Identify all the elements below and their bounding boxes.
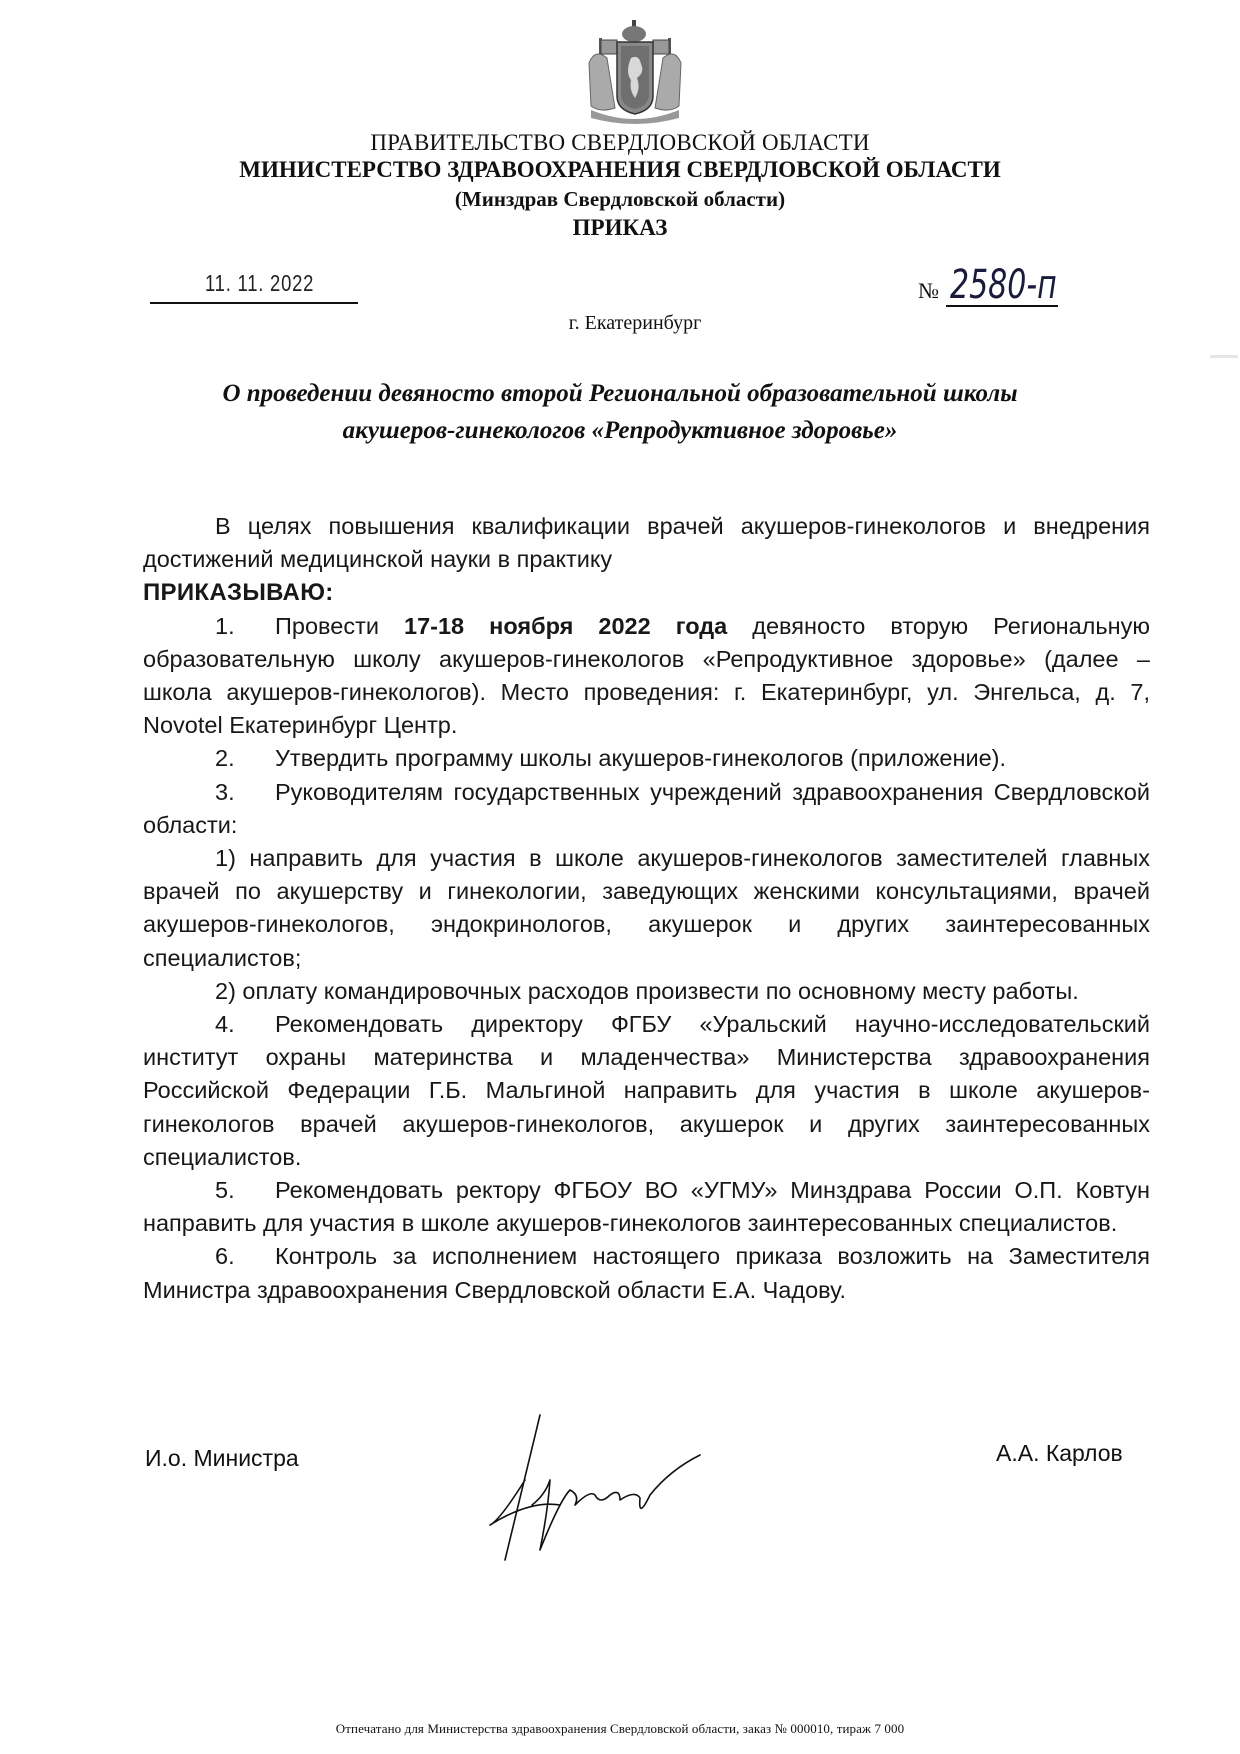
signatory-role: И.о. Министра bbox=[145, 1445, 299, 1472]
print-footer: Отпечатано для Министерства здравоохране… bbox=[0, 1721, 1240, 1737]
government-heading: ПРАВИТЕЛЬСТВО СВЕРДЛОВСКОЙ ОБЛАСТИ bbox=[0, 130, 1240, 156]
item-number: 4. bbox=[215, 1008, 275, 1041]
signatory-name: А.А. Карлов bbox=[996, 1440, 1123, 1467]
coat-of-arms-icon bbox=[585, 18, 685, 126]
scan-artifact bbox=[1210, 355, 1238, 358]
item-number: 1. bbox=[215, 610, 275, 643]
item-2: 2.Утвердить программу школы акушеров-гин… bbox=[143, 742, 1150, 775]
item-5: 5.Рекомендовать ректору ФГБОУ ВО «УГМУ» … bbox=[143, 1174, 1150, 1240]
item-6: 6.Контроль за исполнением настоящего при… bbox=[143, 1240, 1150, 1306]
date-underline bbox=[150, 302, 358, 304]
item-number: 5. bbox=[215, 1174, 275, 1207]
ministry-heading: МИНИСТЕРСТВО ЗДРАВООХРАНЕНИЯ СВЕРДЛОВСКО… bbox=[0, 157, 1240, 183]
document-type: ПРИКАЗ bbox=[0, 215, 1240, 241]
item-3-sub-2: 2) оплату командировочных расходов произ… bbox=[143, 975, 1150, 1008]
ministry-short-name: (Минздрав Свердловской области) bbox=[0, 187, 1240, 212]
preamble: В целях повышения квалификации врачей ак… bbox=[143, 510, 1150, 576]
orders-word: ПРИКАЗЫВАЮ: bbox=[143, 576, 1150, 609]
title-line-2: акушеров-гинекологов «Репродуктивное здо… bbox=[0, 412, 1240, 449]
order-number: 2580-п bbox=[950, 262, 1057, 308]
item-number: 6. bbox=[215, 1240, 275, 1273]
city: г. Екатеринбург bbox=[0, 312, 1240, 335]
order-date: 11. 11. 2022 bbox=[205, 270, 314, 297]
item-number: 3. bbox=[215, 776, 275, 809]
handwritten-signature-icon bbox=[470, 1410, 770, 1570]
order-body: В целях повышения квалификации врачей ак… bbox=[143, 510, 1150, 1307]
title-line-1: О проведении девяносто второй Региональн… bbox=[0, 375, 1240, 412]
item-1: 1.Провести 17-18 ноября 2022 года девяно… bbox=[143, 610, 1150, 743]
item-4: 4.Рекомендовать директору ФГБУ «Уральски… bbox=[143, 1008, 1150, 1174]
event-dates: 17-18 ноября 2022 года bbox=[404, 613, 727, 639]
number-label: № bbox=[918, 278, 939, 304]
item-3-sub-1: 1) направить для участия в школе акушеро… bbox=[143, 842, 1150, 975]
item-3: 3.Руководителям государственных учрежден… bbox=[143, 776, 1150, 842]
number-underline bbox=[946, 305, 1058, 307]
item-number: 2. bbox=[215, 742, 275, 775]
order-title: О проведении девяносто второй Региональн… bbox=[0, 375, 1240, 449]
